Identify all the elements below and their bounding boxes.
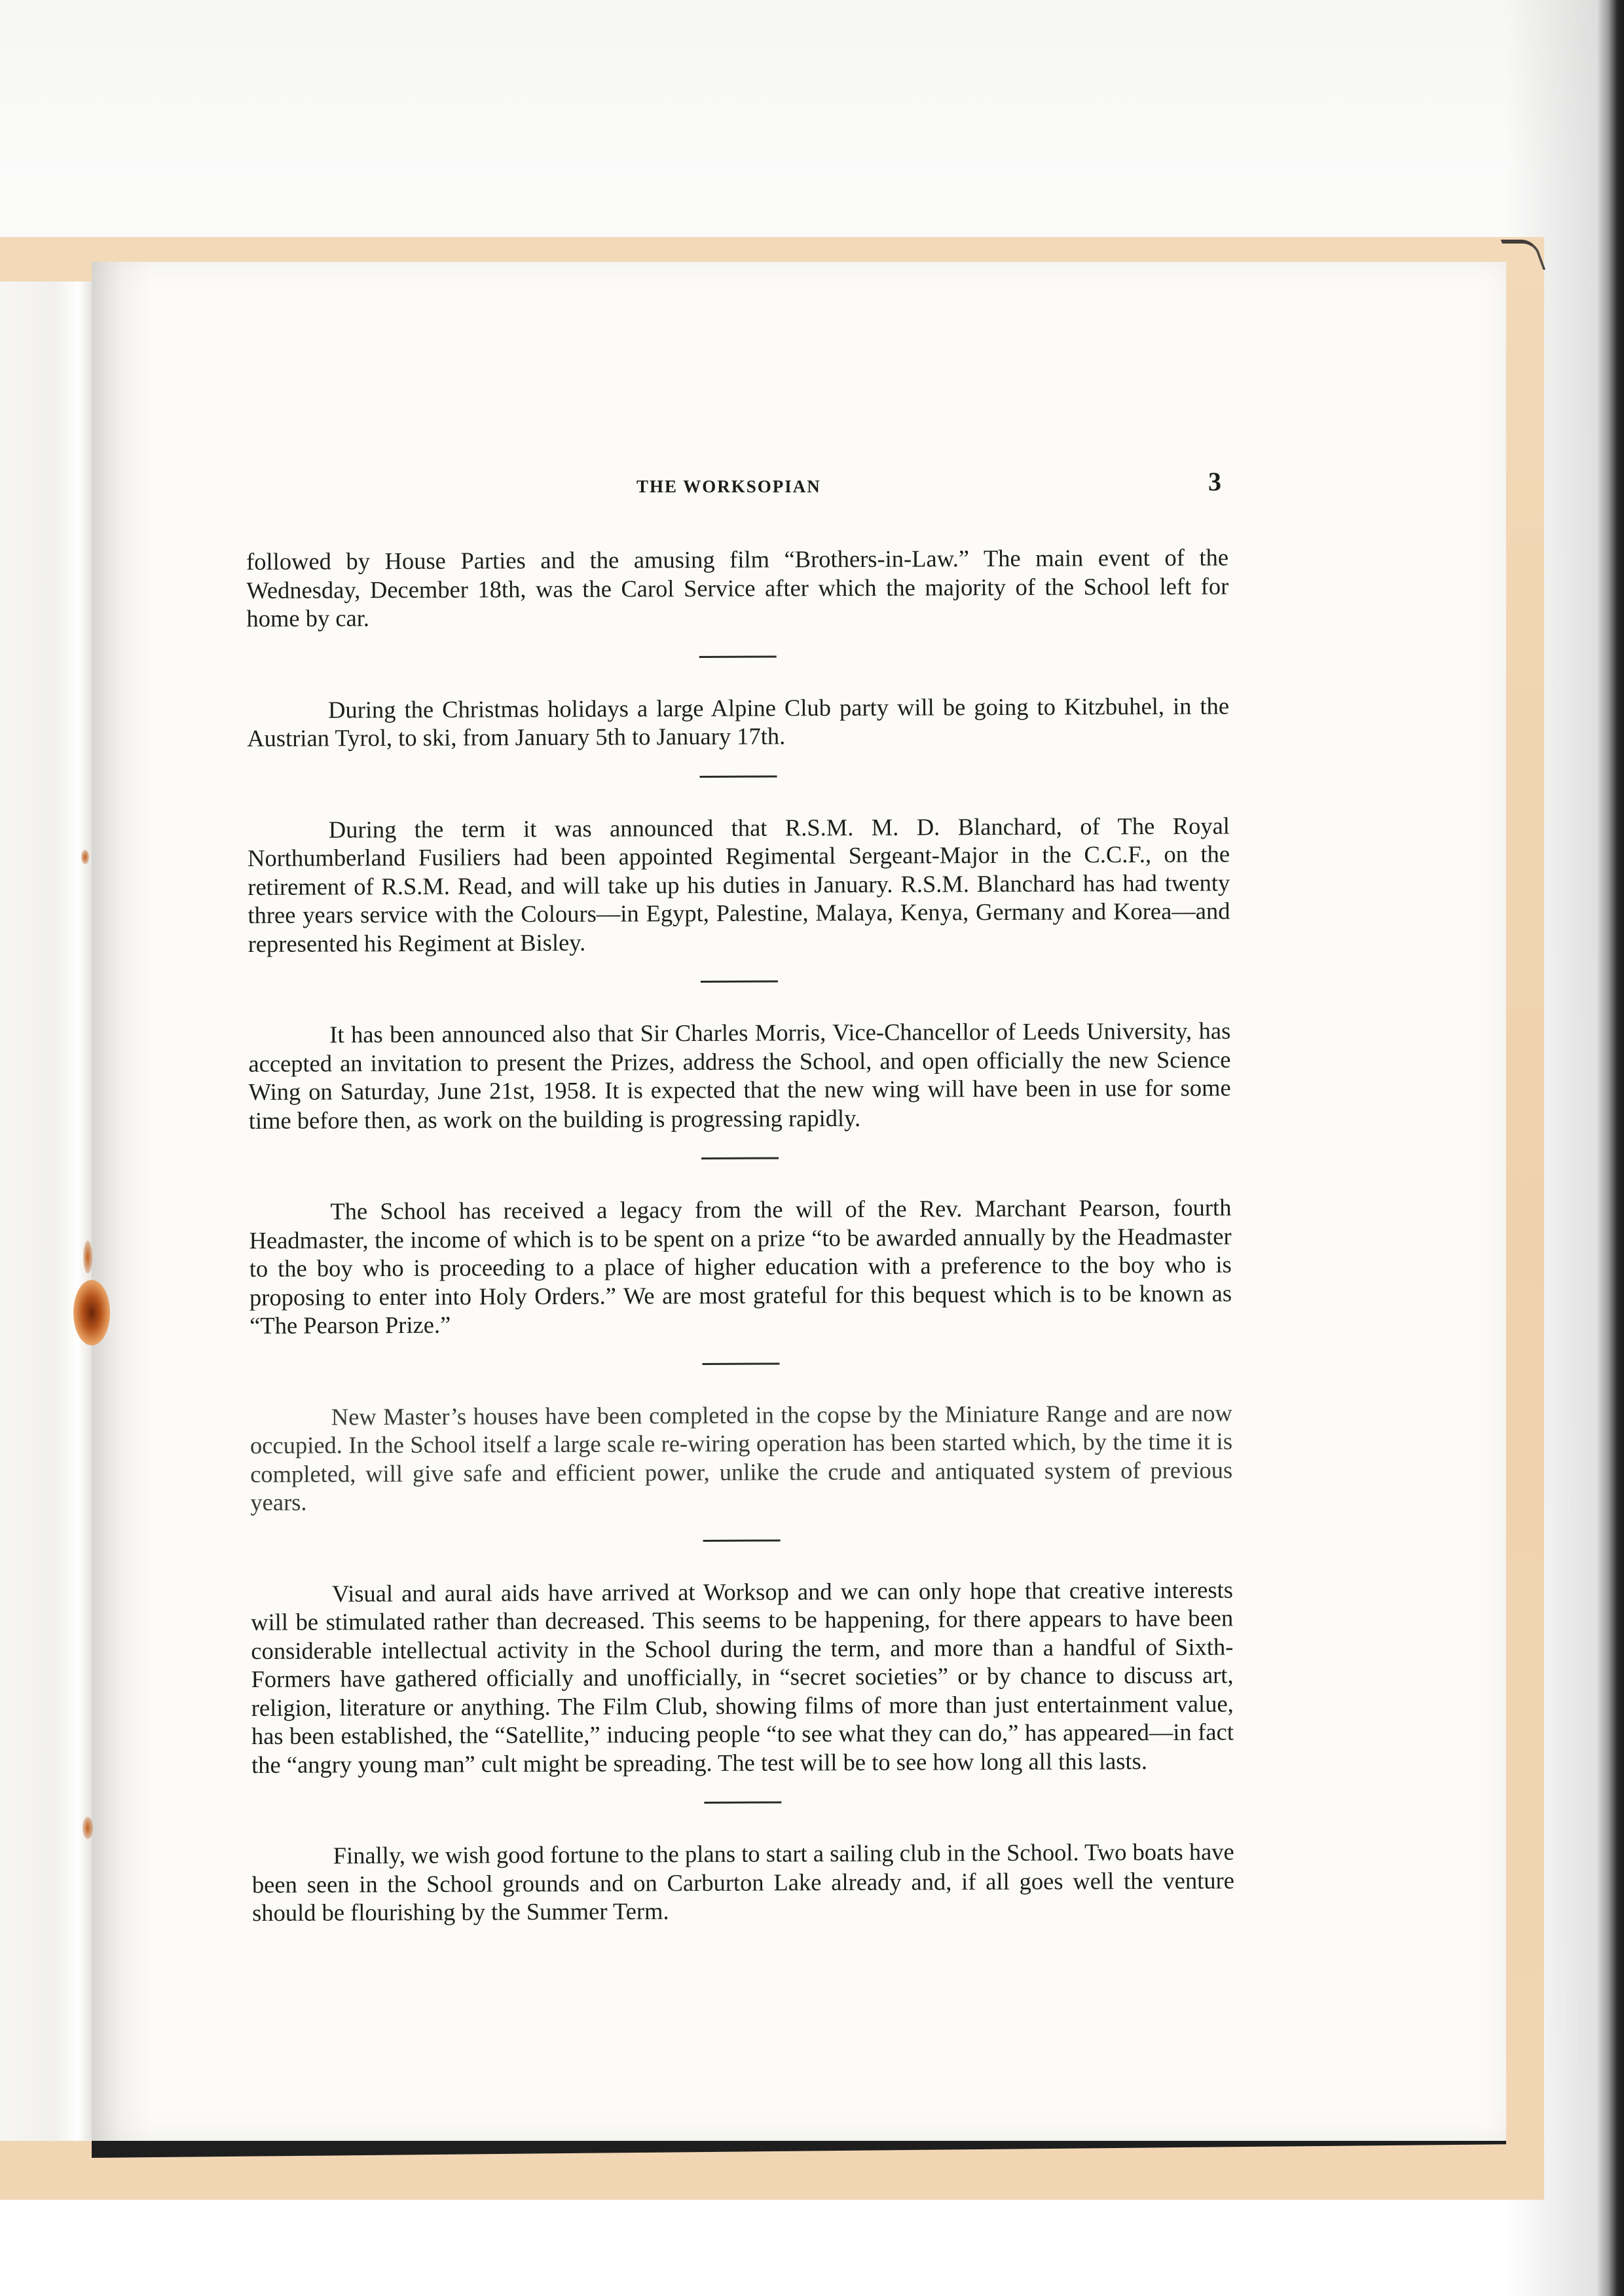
body-text: followed by House Parties and the amusin… (246, 543, 1234, 1927)
running-head: THE WORKSOPIAN (637, 477, 821, 497)
rust-stain (73, 1280, 110, 1345)
binding-gutter (92, 262, 151, 2141)
previous-page-edge (0, 282, 92, 2141)
section-divider (703, 1539, 781, 1542)
paragraph-sailing-club: Finally, we wish good fortune to the pla… (252, 1837, 1235, 1927)
paragraph-visual-aids: Visual and aural aids have arrived at Wo… (251, 1575, 1234, 1779)
section-divider (700, 775, 777, 778)
paragraph-rsm-blanchard: During the term it was announced that R.… (248, 811, 1230, 958)
paragraph-alpine-club: During the Christmas holidays a large Al… (247, 691, 1229, 753)
section-divider (704, 1801, 781, 1804)
rust-stain (83, 1241, 92, 1273)
section-divider (701, 980, 778, 983)
rust-stain (81, 850, 89, 864)
section-divider (701, 1157, 779, 1159)
paragraph-science-wing: It has been announced also that Sir Char… (248, 1016, 1231, 1135)
section-divider (702, 1362, 779, 1365)
rust-stain (83, 1817, 93, 1839)
paragraph-masters-houses: New Master’s houses have been completed … (250, 1398, 1233, 1517)
scanner-edge (1598, 0, 1624, 2296)
page-number: 3 (1208, 466, 1221, 497)
section-divider (699, 655, 777, 658)
paragraph-pearson-prize: The School has received a legacy from th… (249, 1193, 1232, 1339)
paragraph-house-parties: followed by House Parties and the amusin… (246, 543, 1229, 632)
